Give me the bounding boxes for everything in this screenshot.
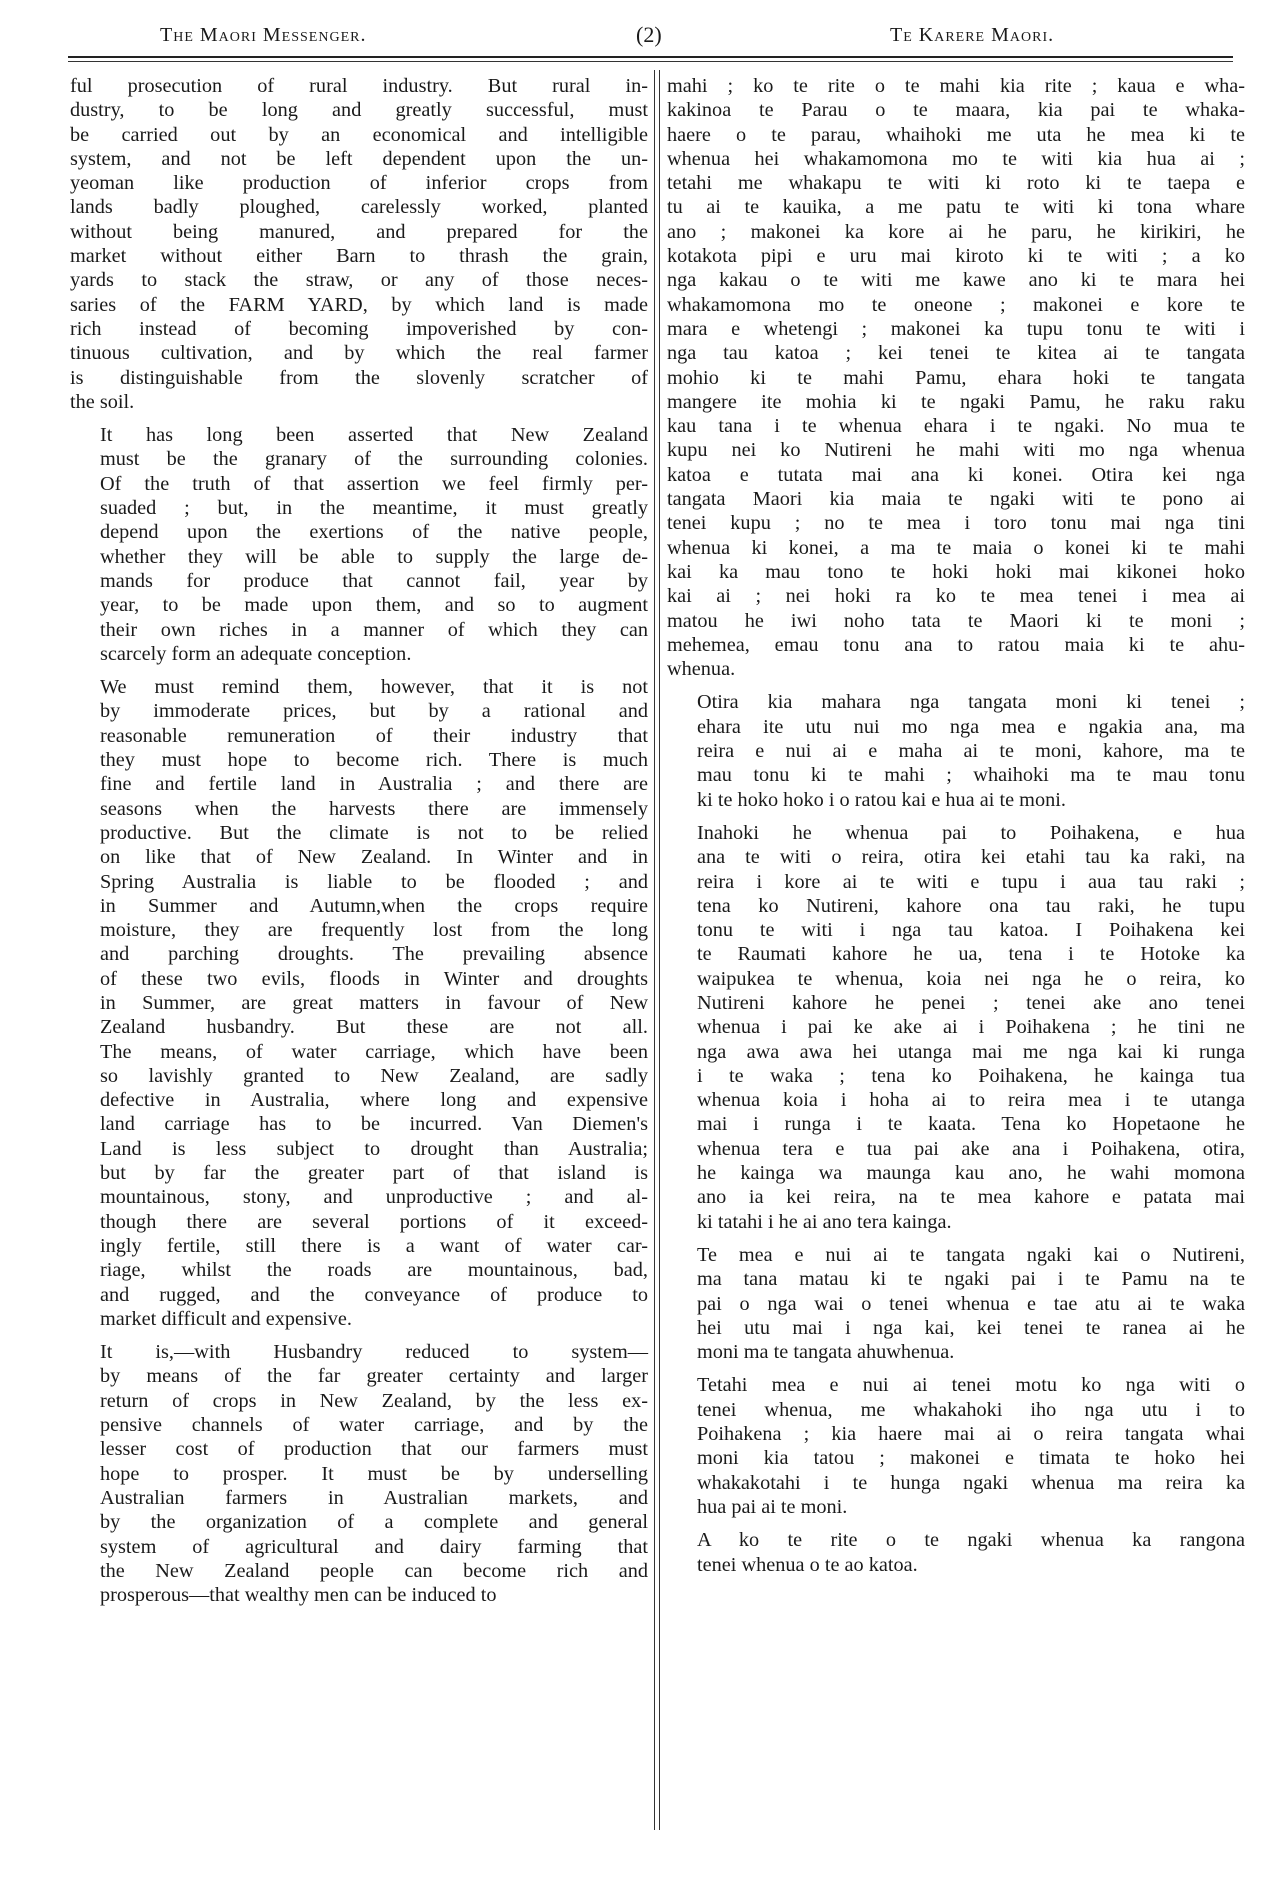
text-line: scarcely form an adequate conception. bbox=[70, 642, 648, 666]
text-line: defective in Australia, where long and e… bbox=[70, 1088, 648, 1112]
text-line: mai i runga i te kaata. Tena ko Hopetaon… bbox=[667, 1112, 1245, 1136]
text-line: the soil. bbox=[70, 390, 648, 414]
text-line: is distinguishable from the slovenly scr… bbox=[70, 366, 648, 390]
paragraph: Otira kia mahara nga tangata moni ki ten… bbox=[667, 690, 1245, 811]
text-line: ma tana matau ki te ngaki pai i te Pamu … bbox=[667, 1267, 1245, 1291]
text-line: lands badly ploughed, carelessly worked,… bbox=[70, 195, 648, 219]
text-line: their own riches in a manner of which th… bbox=[70, 618, 648, 642]
text-line: waipukea te whenua, koia nei nga he o re… bbox=[667, 967, 1245, 991]
text-line: dustry, to be long and greatly successfu… bbox=[70, 98, 648, 122]
text-line: nga kakau o te witi me kawe ano ki te ma… bbox=[667, 268, 1245, 292]
text-line: so lavishly granted to New Zealand, are … bbox=[70, 1064, 648, 1088]
paragraph: A ko te rite o te ngaki whenua ka rangon… bbox=[667, 1528, 1245, 1577]
text-line: Poihakena ; kia haere mai ai o reira tan… bbox=[667, 1422, 1245, 1446]
text-line: ingly fertile, still there is a want of … bbox=[70, 1234, 648, 1258]
text-line: tenei whenua, me whakahoki iho nga utu i… bbox=[667, 1398, 1245, 1422]
masthead-title-english: The Maori Messenger. bbox=[160, 24, 366, 47]
text-line: return of crops in New Zealand, by the l… bbox=[70, 1389, 648, 1413]
text-line: moisture, they are frequently lost from … bbox=[70, 918, 648, 942]
text-line: mau tonu ki te mahi ; whaihoki ma te mau… bbox=[667, 763, 1245, 787]
masthead-title-maori: Te Karere Maori. bbox=[890, 24, 1054, 47]
text-line: of these two evils, floods in Winter and… bbox=[70, 967, 648, 991]
text-line: tenei whenua o te ao katoa. bbox=[667, 1553, 1245, 1577]
masthead: The Maori Messenger. (2) Te Karere Maori… bbox=[60, 10, 1220, 50]
english-column: ful prosecution of rural industry. But r… bbox=[70, 74, 648, 1616]
text-line: ehara ite utu nui mo nga mea e ngakia an… bbox=[667, 715, 1245, 739]
text-line: haere o te parau, whaihoki me uta he mea… bbox=[667, 123, 1245, 147]
text-line: fine and fertile land in Australia ; and… bbox=[70, 772, 648, 796]
header-rule-thin bbox=[68, 61, 1233, 62]
text-line: The means, of water carriage, which have… bbox=[70, 1040, 648, 1064]
text-line: Tetahi mea e nui ai tenei motu ko nga wi… bbox=[667, 1373, 1245, 1397]
text-line: suaded ; but, in the meantime, it must g… bbox=[70, 496, 648, 520]
text-line: tetahi me whakapu te witi ki roto ki te … bbox=[667, 171, 1245, 195]
text-line: lesser cost of production that our farme… bbox=[70, 1437, 648, 1461]
text-line: Zealand husbandry. But these are not all… bbox=[70, 1015, 648, 1039]
text-line: kupu nei ko Nutireni he mahi witi mo nga… bbox=[667, 438, 1245, 462]
text-line: by means of the far greater certainty an… bbox=[70, 1364, 648, 1388]
text-line: moni ma te tangata ahuwhenua. bbox=[667, 1340, 1245, 1364]
header-rule-thick bbox=[68, 56, 1233, 58]
text-line: in Summer and Autumn,when the crops requ… bbox=[70, 894, 648, 918]
text-line: be carried out by an economical and inte… bbox=[70, 123, 648, 147]
text-line: mehemea, emau tonu ana to ratou maia ki … bbox=[667, 633, 1245, 657]
paragraph: It is,—with Husbandry reduced to system—… bbox=[70, 1340, 648, 1607]
text-line: nga awa awa hei utanga mai me nga kai ki… bbox=[667, 1040, 1245, 1064]
text-line: kau tana i te whenua ehara i te ngaki. N… bbox=[667, 414, 1245, 438]
paragraph: It has long been asserted that New Zeala… bbox=[70, 423, 648, 666]
text-line: though there are several portions of it … bbox=[70, 1210, 648, 1234]
text-line: Australian farmers in Australian markets… bbox=[70, 1486, 648, 1510]
text-line: system of agricultural and dairy farming… bbox=[70, 1535, 648, 1559]
text-line: he kainga wa maunga kau ano, he wahi mom… bbox=[667, 1161, 1245, 1185]
text-line: ful prosecution of rural industry. But r… bbox=[70, 74, 648, 98]
text-line: tonu te witi i nga tau katoa. I Poihaken… bbox=[667, 918, 1245, 942]
text-line: yeoman like production of inferior crops… bbox=[70, 171, 648, 195]
text-line: Land is less subject to drought than Aus… bbox=[70, 1137, 648, 1161]
text-line: whenua ki konei, a ma te maia o konei ki… bbox=[667, 536, 1245, 560]
text-line: in Summer, are great matters in favour o… bbox=[70, 991, 648, 1015]
text-line: reasonable remuneration of their industr… bbox=[70, 724, 648, 748]
text-line: and parching droughts. The prevailing ab… bbox=[70, 942, 648, 966]
text-line: mahi ; ko te rite o te mahi kia rite ; k… bbox=[667, 74, 1245, 98]
text-line: yards to stack the straw, or any of thos… bbox=[70, 268, 648, 292]
text-line: ana te witi o reira, otira kei etahi tau… bbox=[667, 845, 1245, 869]
text-line: tu ai te kauika, a me patu te witi ki to… bbox=[667, 195, 1245, 219]
text-line: seasons when the harvests there are imme… bbox=[70, 797, 648, 821]
text-line: productive. But the climate is not to be… bbox=[70, 821, 648, 845]
text-line: reira e nui ai e maha ai te moni, kahore… bbox=[667, 739, 1245, 763]
text-line: mountainous, stony, and unproductive ; a… bbox=[70, 1185, 648, 1209]
text-line: whakamomona mo te oneone ; makonei e kor… bbox=[667, 293, 1245, 317]
text-line: Inahoki he whenua pai to Poihakena, e hu… bbox=[667, 821, 1245, 845]
text-line: by the organization of a complete and ge… bbox=[70, 1510, 648, 1534]
text-line: Of the truth of that assertion we feel f… bbox=[70, 472, 648, 496]
text-line: whakakotahi i te hunga ngaki whenua ma r… bbox=[667, 1471, 1245, 1495]
text-line: tenei kupu ; no te mea i toro tonu mai n… bbox=[667, 511, 1245, 535]
text-line: tinuous cultivation, and by which the re… bbox=[70, 341, 648, 365]
text-line: the New Zealand people can become rich a… bbox=[70, 1559, 648, 1583]
text-line: prosperous—that wealthy men can be induc… bbox=[70, 1583, 648, 1607]
text-line: reira i kore ai te witi e tupu i aua tau… bbox=[667, 870, 1245, 894]
text-line: te Raumati kahore he ua, tena i te Hotok… bbox=[667, 942, 1245, 966]
paragraph: mahi ; ko te rite o te mahi kia rite ; k… bbox=[667, 74, 1245, 681]
text-line: they must hope to become rich. There is … bbox=[70, 748, 648, 772]
text-line: tena ko Nutireni, kahore ona tau raki, h… bbox=[667, 894, 1245, 918]
text-line: matou he iwi noho tata te Maori ki te mo… bbox=[667, 609, 1245, 633]
text-line: mara e whetengi ; makonei ka tupu tonu t… bbox=[667, 317, 1245, 341]
text-line: land carriage has to be incurred. Van Di… bbox=[70, 1112, 648, 1136]
text-line: kotakota pipi e uru mai kiroto ki te wit… bbox=[667, 244, 1245, 268]
text-line: depend upon the exertions of the native … bbox=[70, 520, 648, 544]
text-line: nga tau katoa ; kei tenei te kitea ai te… bbox=[667, 341, 1245, 365]
column-divider bbox=[654, 70, 660, 1830]
text-line: without being manured, and prepared for … bbox=[70, 220, 648, 244]
text-line: whenua hei whakamomona mo te witi kia hu… bbox=[667, 147, 1245, 171]
text-line: katoa e tutata mai ana ki konei. Otira k… bbox=[667, 463, 1245, 487]
text-line: by immoderate prices, but by a rational … bbox=[70, 699, 648, 723]
text-line: ano ia kei reira, na te mea kahore e pat… bbox=[667, 1185, 1245, 1209]
text-line: A ko te rite o te ngaki whenua ka rangon… bbox=[667, 1528, 1245, 1552]
text-line: hua pai ai te moni. bbox=[667, 1495, 1245, 1519]
text-line: whenua koia i hoha ai to reira mea i te … bbox=[667, 1088, 1245, 1112]
text-line: Nutireni kahore he penei ; tenei ake ano… bbox=[667, 991, 1245, 1015]
maori-column: mahi ; ko te rite o te mahi kia rite ; k… bbox=[667, 74, 1245, 1586]
text-line: ano ; makonei ka kore ai he paru, he kir… bbox=[667, 220, 1245, 244]
paragraph: Tetahi mea e nui ai tenei motu ko nga wi… bbox=[667, 1373, 1245, 1519]
paragraph: ful prosecution of rural industry. But r… bbox=[70, 74, 648, 414]
text-line: We must remind them, however, that it is… bbox=[70, 675, 648, 699]
text-line: saries of the FARM YARD, by which land i… bbox=[70, 293, 648, 317]
text-line: whenua. bbox=[667, 657, 1245, 681]
text-line: mangere ite mohia ki te ngaki Pamu, he r… bbox=[667, 390, 1245, 414]
text-line: tangata Maori kia maia te ngaki witi te … bbox=[667, 487, 1245, 511]
text-line: must be the granary of the surrounding c… bbox=[70, 447, 648, 471]
text-line: Spring Australia is liable to be flooded… bbox=[70, 870, 648, 894]
text-line: but by far the greater part of that isla… bbox=[70, 1161, 648, 1185]
text-line: It is,—with Husbandry reduced to system— bbox=[70, 1340, 648, 1364]
text-line: moni kia tatou ; makonei e timata te hok… bbox=[667, 1446, 1245, 1470]
text-line: whenua tera e tua pai ake ana i Poihaken… bbox=[667, 1137, 1245, 1161]
text-line: system, and not be left dependent upon t… bbox=[70, 147, 648, 171]
text-line: ki te hoko hoko i o ratou kai e hua ai t… bbox=[667, 788, 1245, 812]
text-line: on like that of New Zealand. In Winter a… bbox=[70, 845, 648, 869]
text-line: Otira kia mahara nga tangata moni ki ten… bbox=[667, 690, 1245, 714]
paragraph: We must remind them, however, that it is… bbox=[70, 675, 648, 1331]
text-line: It has long been asserted that New Zeala… bbox=[70, 423, 648, 447]
text-line: kakinoa te Parau o te maara, kia pai te … bbox=[667, 98, 1245, 122]
paragraph: Inahoki he whenua pai to Poihakena, e hu… bbox=[667, 821, 1245, 1234]
text-line: whenua i pai ke ake ai i Poihakena ; he … bbox=[667, 1015, 1245, 1039]
text-line: market difficult and expensive. bbox=[70, 1307, 648, 1331]
text-line: year, to be made upon them, and so to au… bbox=[70, 593, 648, 617]
text-line: market without either Barn to thrash the… bbox=[70, 244, 648, 268]
text-line: rich instead of becoming impoverished by… bbox=[70, 317, 648, 341]
text-line: i te waka ; tena ko Poihakena, he kainga… bbox=[667, 1064, 1245, 1088]
text-line: whether they will be able to supply the … bbox=[70, 545, 648, 569]
text-line: pensive channels of water carriage, and … bbox=[70, 1413, 648, 1437]
page-number: (2) bbox=[636, 22, 662, 48]
text-line: hope to prosper. It must be by undersell… bbox=[70, 1462, 648, 1486]
text-line: Te mea e nui ai te tangata ngaki kai o N… bbox=[667, 1243, 1245, 1267]
text-line: ki tatahi i he ai ano tera kainga. bbox=[667, 1210, 1245, 1234]
text-line: hei utu mai i nga kai, kei tenei te rane… bbox=[667, 1316, 1245, 1340]
text-line: pai o nga wai o tenei whenua e tae atu a… bbox=[667, 1292, 1245, 1316]
text-line: kai ai ; nei hoki ra ko te mea tenei i m… bbox=[667, 584, 1245, 608]
text-line: riage, whilst the roads are mountainous,… bbox=[70, 1258, 648, 1282]
text-line: kai ka mau tono te hoki hoki mai kikonei… bbox=[667, 560, 1245, 584]
text-line: mohio ki te mahi Pamu, ehara hoki te tan… bbox=[667, 366, 1245, 390]
paragraph: Te mea e nui ai te tangata ngaki kai o N… bbox=[667, 1243, 1245, 1364]
text-line: and rugged, and the conveyance of produc… bbox=[70, 1283, 648, 1307]
text-line: mands for produce that cannot fail, year… bbox=[70, 569, 648, 593]
